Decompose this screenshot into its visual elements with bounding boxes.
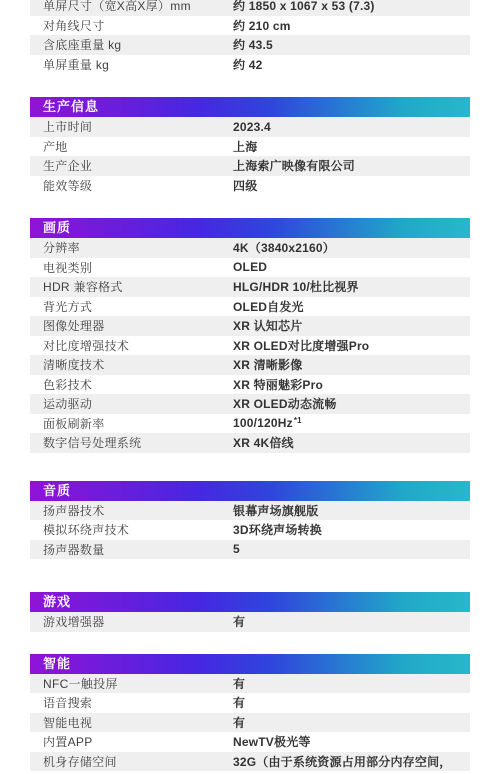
section-header: 画质 — [30, 218, 470, 238]
spec-section: 智能NFC一触投屏有语音搜索有智能电视有内置APPNewTV极光等机身存储空间3… — [30, 654, 470, 772]
spec-value: 约 210 cm — [233, 17, 291, 34]
spec-row: HDR 兼容格式HLG/HDR 10/杜比视界 — [30, 277, 470, 297]
spec-row: 游戏增强器有 — [30, 612, 470, 632]
spec-value: 5 — [233, 542, 240, 556]
spec-row: 单屏重量 kg约 42 — [30, 55, 470, 75]
spec-value: 32G（由于系统资源占用部分内存空间， — [233, 753, 451, 770]
section-rows: 上市时间2023.4产地上海生产企业上海索广映像有限公司能效等级四级 — [30, 117, 470, 195]
spec-value: 2023.4 — [233, 120, 271, 134]
spec-row: 对比度增强技术XR OLED对比度增强Pro — [30, 336, 470, 356]
spec-row: 扬声器数量5 — [30, 540, 470, 560]
spec-row: 模拟环绕声技术3D环绕声场转换 — [30, 520, 470, 540]
spec-label: NFC一触投屏 — [30, 675, 118, 692]
spec-row: 面板刷新率100/120Hz*1 — [30, 414, 470, 434]
spec-row: 对角线尺寸约 210 cm — [30, 16, 470, 36]
spec-row: 运动驱动XR OLED动态流畅 — [30, 394, 470, 414]
spec-row: 含底座重量 kg约 43.5 — [30, 35, 470, 55]
spec-row: 分辨率4K（3840x2160） — [30, 238, 470, 258]
spec-value: 上海索广映像有限公司 — [233, 157, 355, 174]
spec-section: 音质扬声器技术银幕声场旗舰版模拟环绕声技术3D环绕声场转换扬声器数量5 — [30, 481, 470, 560]
spec-value: 约 43.5 — [233, 36, 273, 53]
spec-value: 银幕声场旗舰版 — [233, 502, 318, 519]
spec-label: 对角线尺寸 — [30, 17, 105, 34]
section-header: 音质 — [30, 481, 470, 501]
spec-label: 图像处理器 — [30, 317, 105, 334]
spec-label: 单屏重量 kg — [30, 56, 109, 73]
tv-spec-sheet: 单屏尺寸（宽X高X厚）mm约 1850 x 1067 x 53 (7.3)对角线… — [30, 0, 470, 771]
spec-row: 上市时间2023.4 — [30, 117, 470, 137]
spec-section: 生产信息上市时间2023.4产地上海生产企业上海索广映像有限公司能效等级四级 — [30, 97, 470, 195]
spec-label: 生产企业 — [30, 157, 92, 174]
spec-label: 能效等级 — [30, 177, 92, 194]
spec-row: 单屏尺寸（宽X高X厚）mm约 1850 x 1067 x 53 (7.3) — [30, 0, 470, 16]
spec-label: 模拟环绕声技术 — [30, 521, 129, 538]
spec-label: 内置APP — [30, 733, 93, 750]
spec-row: 色彩技术XR 特丽魅彩Pro — [30, 375, 470, 395]
spec-row: 数字信号处理系统XR 4K倍线 — [30, 433, 470, 453]
spec-label: 分辨率 — [30, 239, 80, 256]
spec-row: NFC一触投屏有 — [30, 674, 470, 694]
spec-value: XR OLED对比度增强Pro — [233, 337, 369, 354]
section-rows: 分辨率4K（3840x2160）电视类别OLEDHDR 兼容格式HLG/HDR … — [30, 238, 470, 453]
spec-label: HDR 兼容格式 — [30, 278, 123, 295]
footnote-marker: *1 — [294, 416, 302, 425]
spec-value: 约 42 — [233, 56, 262, 73]
spec-label: 对比度增强技术 — [30, 337, 129, 354]
spec-label: 语音搜索 — [30, 694, 92, 711]
spec-row: 产地上海 — [30, 137, 470, 157]
spec-row: 能效等级四级 — [30, 176, 470, 196]
spec-value: 有 — [233, 714, 245, 731]
spec-label: 含底座重量 kg — [30, 36, 121, 53]
spec-label: 背光方式 — [30, 298, 92, 315]
spec-section: 画质分辨率4K（3840x2160）电视类别OLEDHDR 兼容格式HLG/HD… — [30, 218, 470, 453]
spec-value: OLED — [233, 260, 267, 274]
spec-row: 语音搜索有 — [30, 693, 470, 713]
spec-value: XR OLED动态流畅 — [233, 395, 337, 412]
spec-label: 单屏尺寸（宽X高X厚）mm — [30, 0, 191, 14]
spec-value: OLED自发光 — [233, 298, 304, 315]
spec-sections: 生产信息上市时间2023.4产地上海生产企业上海索广映像有限公司能效等级四级画质… — [30, 97, 470, 771]
spec-label: 产地 — [30, 138, 68, 155]
spec-row: 智能电视有 — [30, 713, 470, 733]
spec-row: 扬声器技术银幕声场旗舰版 — [30, 501, 470, 521]
spec-label: 色彩技术 — [30, 376, 92, 393]
section-rows: 扬声器技术银幕声场旗舰版模拟环绕声技术3D环绕声场转换扬声器数量5 — [30, 501, 470, 560]
spec-row: 内置APPNewTV极光等 — [30, 732, 470, 752]
spec-label: 扬声器技术 — [30, 502, 105, 519]
spec-label: 运动驱动 — [30, 395, 92, 412]
spec-label: 智能电视 — [30, 714, 92, 731]
spec-section: 游戏游戏增强器有 — [30, 592, 470, 632]
spec-value: XR 4K倍线 — [233, 434, 294, 451]
spec-value: 3D环绕声场转换 — [233, 521, 322, 538]
spec-value: 有 — [233, 675, 245, 692]
spec-label: 游戏增强器 — [30, 613, 105, 630]
section-rows: NFC一触投屏有语音搜索有智能电视有内置APPNewTV极光等机身存储空间32G… — [30, 674, 470, 772]
spec-value: 4K（3840x2160） — [233, 239, 335, 256]
spec-row: 电视类别OLED — [30, 258, 470, 278]
spec-value: 上海 — [233, 138, 257, 155]
spec-value: 有 — [233, 694, 245, 711]
section-header: 游戏 — [30, 592, 470, 612]
spec-value: 四级 — [233, 177, 257, 194]
spec-label: 电视类别 — [30, 259, 92, 276]
spec-label: 清晰度技术 — [30, 356, 105, 373]
spec-value: 100/120Hz*1 — [233, 416, 302, 430]
section-rows: 游戏增强器有 — [30, 612, 470, 632]
spec-row: 背光方式OLED自发光 — [30, 297, 470, 317]
spec-value: XR 清晰影像 — [233, 356, 302, 373]
spec-value: 有 — [233, 613, 245, 630]
spec-value: XR 认知芯片 — [233, 317, 302, 334]
spec-row: 清晰度技术XR 清晰影像 — [30, 355, 470, 375]
spec-label: 面板刷新率 — [30, 415, 105, 432]
section-header: 生产信息 — [30, 97, 470, 117]
spec-value: XR 特丽魅彩Pro — [233, 376, 323, 393]
spec-value: HLG/HDR 10/杜比视界 — [233, 278, 359, 295]
spec-row: 机身存储空间32G（由于系统资源占用部分内存空间， — [30, 752, 470, 772]
section-header: 智能 — [30, 654, 470, 674]
spec-label: 扬声器数量 — [30, 541, 105, 558]
spec-row: 生产企业上海索广映像有限公司 — [30, 156, 470, 176]
spec-label: 数字信号处理系统 — [30, 434, 141, 451]
spec-label: 机身存储空间 — [30, 753, 117, 770]
top-spec-table: 单屏尺寸（宽X高X厚）mm约 1850 x 1067 x 53 (7.3)对角线… — [30, 0, 470, 74]
spec-value: NewTV极光等 — [233, 733, 311, 750]
spec-label: 上市时间 — [30, 118, 92, 135]
spec-row: 图像处理器XR 认知芯片 — [30, 316, 470, 336]
spec-value: 约 1850 x 1067 x 53 (7.3) — [233, 0, 375, 14]
